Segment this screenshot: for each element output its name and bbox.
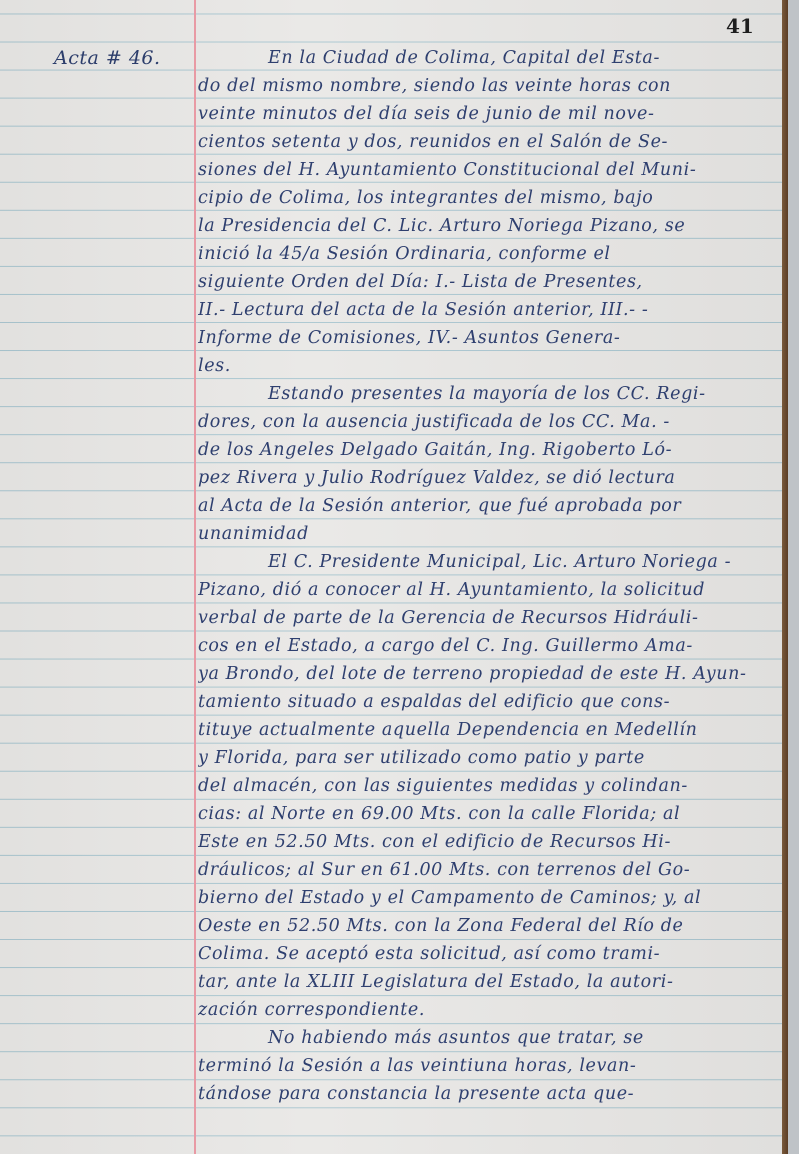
red-margin-line [194, 0, 196, 1154]
handwritten-line: siguiente Orden del Día: I.- Lista de Pr… [198, 271, 778, 293]
handwritten-line: la Presidencia del C. Lic. Arturo Norieg… [198, 215, 778, 237]
entry-label: Acta # 46. [54, 47, 161, 69]
handwritten-line: cientos setenta y dos, reunidos en el Sa… [198, 131, 778, 153]
handwritten-line: del almacén, con las siguientes medidas … [198, 775, 778, 797]
handwritten-line: Oeste en 52.50 Mts. con la Zona Federal … [198, 915, 778, 937]
handwritten-line: do del mismo nombre, siendo las veinte h… [198, 75, 778, 97]
handwritten-line: les. [198, 355, 778, 377]
handwritten-line: siones del H. Ayuntamiento Constituciona… [198, 159, 778, 181]
handwritten-line: cias: al Norte en 69.00 Mts. con la call… [198, 803, 778, 825]
handwritten-line: cipio de Colima, los integrantes del mis… [198, 187, 778, 209]
handwritten-line: terminó la Sesión a las veintiuna horas,… [198, 1055, 778, 1077]
handwritten-line: Estando presentes la mayoría de los CC. … [198, 383, 778, 405]
handwritten-line: En la Ciudad de Colima, Capital del Esta… [198, 47, 778, 69]
handwritten-line: bierno del Estado y el Campamento de Cam… [198, 887, 778, 909]
handwritten-line: Pizano, dió a conocer al H. Ayuntamiento… [198, 579, 778, 601]
handwritten-line: II.- Lectura del acta de la Sesión anter… [198, 299, 778, 321]
handwritten-line: Informe de Comisiones, IV.- Asuntos Gene… [198, 327, 778, 349]
handwritten-line: Este en 52.50 Mts. con el edificio de Re… [198, 831, 778, 853]
handwritten-line: de los Angeles Delgado Gaitán, Ing. Rigo… [198, 439, 778, 461]
handwritten-line: Colima. Se aceptó esta solicitud, así co… [198, 943, 778, 965]
ledger-page: 41 Acta # 46. En la Ciudad de Colima, Ca… [0, 0, 782, 1154]
handwritten-line: ya Brondo, del lote de terreno propiedad… [198, 663, 778, 685]
handwritten-line: al Acta de la Sesión anterior, que fué a… [198, 495, 778, 517]
handwritten-line: verbal de parte de la Gerencia de Recurs… [198, 607, 778, 629]
handwritten-line: zación correspondiente. [198, 999, 778, 1021]
handwritten-line: cos en el Estado, a cargo del C. Ing. Gu… [198, 635, 778, 657]
handwritten-line: dores, con la ausencia justificada de lo… [198, 411, 778, 433]
handwritten-line: pez Rivera y Julio Rodríguez Valdez, se … [198, 467, 778, 489]
background-surface [788, 0, 799, 1154]
handwritten-line: inició la 45/a Sesión Ordinaria, conform… [198, 243, 778, 265]
handwritten-line: tamiento situado a espaldas del edificio… [198, 691, 778, 713]
handwritten-line: dráulicos; al Sur en 61.00 Mts. con terr… [198, 859, 778, 881]
handwritten-line: unanimidad [198, 523, 778, 545]
handwritten-line: No habiendo más asuntos que tratar, se [198, 1027, 778, 1049]
handwritten-line: tituye actualmente aquella Dependencia e… [198, 719, 778, 741]
handwritten-line: tándose para constancia la presente acta… [198, 1083, 778, 1105]
handwritten-line: El C. Presidente Municipal, Lic. Arturo … [198, 551, 778, 573]
handwritten-line: veinte minutos del día seis de junio de … [198, 103, 778, 125]
handwritten-line: tar, ante la XLIII Legislatura del Estad… [198, 971, 778, 993]
handwritten-line: y Florida, para ser utilizado como patio… [198, 747, 778, 769]
page-number: 41 [726, 14, 754, 38]
